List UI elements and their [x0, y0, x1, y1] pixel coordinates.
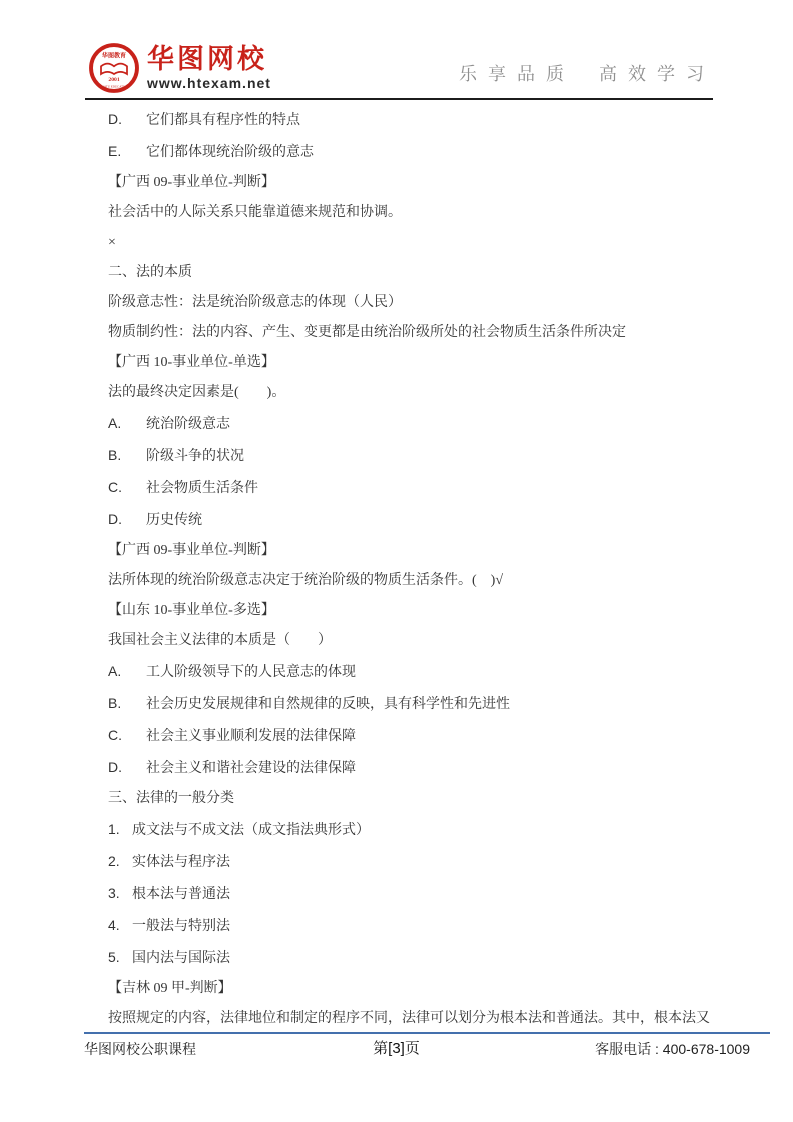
option-letter: D. — [108, 104, 146, 134]
item-text: 成文法与不成文法（成文指法典形式） — [132, 823, 370, 838]
question-text: 我国社会主义法律的本质是（ ） — [108, 626, 726, 656]
tag-text: 【山东 10-事业单位-多选】 — [108, 603, 275, 618]
huatu-seal-icon: 华图教育 2001 HUATU EDUCATION — [88, 42, 140, 94]
option-text: 工人阶级领导下的人民意志的体现 — [146, 665, 356, 680]
option-text: 社会历史发展规律和自然规律的反映，具有科学性和先进性 — [146, 697, 510, 712]
document-body: D.它们都具有程序性的特点 E.它们都体现统治阶级的意志 【广西 09-事业单位… — [108, 104, 726, 1034]
note-sentence: 物质制约性：法的内容、产生、变更都是由统治阶级所处的社会物质生活条件所决定 — [108, 325, 626, 340]
brand-block: 华图网校 www.htexam.net — [147, 45, 271, 91]
seal-bottom-text: HUATU EDUCATION — [99, 85, 129, 89]
section-heading: 三、法律的一般分类 — [108, 784, 726, 814]
list-item: 2.实体法与程序法 — [108, 846, 726, 878]
list-item: 1.成文法与不成文法（成文指法典形式） — [108, 814, 726, 846]
tag-text: 【广西 09-事业单位-判断】 — [108, 175, 275, 190]
item-number: 4. — [108, 910, 132, 940]
question-option: A.工人阶级领导下的人民意志的体现 — [108, 656, 726, 688]
item-text: 国内法与国际法 — [132, 951, 230, 966]
question-option: D.它们都具有程序性的特点 — [108, 104, 726, 136]
option-text: 阶级斗争的状况 — [146, 449, 244, 464]
option-letter: B. — [108, 688, 146, 718]
tagline-left: 乐享品质 — [459, 60, 575, 86]
option-letter: C. — [108, 472, 146, 502]
note-sentence: 阶级意志性：法是统治阶级意志的体现（人民） — [108, 295, 402, 310]
question-option: B.社会历史发展规律和自然规律的反映，具有科学性和先进性 — [108, 688, 726, 720]
question-option: A.统治阶级意志 — [108, 408, 726, 440]
question-option: D.历史传统 — [108, 504, 726, 536]
list-item: 5.国内法与国际法 — [108, 942, 726, 974]
document-page: 华图教育 2001 HUATU EDUCATION 华图网校 www.htexa… — [0, 0, 793, 1122]
footer-divider — [84, 1032, 770, 1034]
answer-symbol: × — [108, 235, 116, 250]
header-tagline: 乐享品质 高效学习 — [459, 60, 715, 86]
item-number: 2. — [108, 846, 132, 876]
option-letter: A. — [108, 656, 146, 686]
heading-text: 二、法的本质 — [108, 265, 192, 280]
item-number: 5. — [108, 942, 132, 972]
option-letter: A. — [108, 408, 146, 438]
item-text: 一般法与特别法 — [132, 919, 230, 934]
tag-text: 【吉林 09 甲-判断】 — [108, 981, 232, 996]
footer-hotline: 客服电话 : 400-678-1009 — [595, 1039, 750, 1059]
question-text: 法的最终决定因素是( )。 — [108, 378, 726, 408]
exam-source-tag: 【广西 09-事业单位-判断】 — [108, 536, 726, 566]
exam-source-tag: 【广西 10-事业单位-单选】 — [108, 348, 726, 378]
item-text: 实体法与程序法 — [132, 855, 230, 870]
question-option: C.社会物质生活条件 — [108, 472, 726, 504]
option-text: 统治阶级意志 — [146, 417, 230, 432]
option-text: 社会主义事业顺利发展的法律保障 — [146, 729, 356, 744]
brand-name: 华图网校 — [147, 45, 271, 73]
option-text: 历史传统 — [146, 513, 202, 528]
tag-text: 【广西 10-事业单位-单选】 — [108, 355, 275, 370]
answer-mark: × — [108, 228, 726, 258]
option-text: 它们都具有程序性的特点 — [146, 113, 300, 128]
exam-source-tag: 【吉林 09 甲-判断】 — [108, 974, 726, 1004]
option-text: 它们都体现统治阶级的意志 — [146, 145, 314, 160]
question-option: E.它们都体现统治阶级的意志 — [108, 136, 726, 168]
section-heading: 二、法的本质 — [108, 258, 726, 288]
open-book-icon — [101, 64, 127, 74]
brand-website: www.htexam.net — [147, 75, 271, 91]
tagline-right: 高效学习 — [599, 60, 715, 86]
question-text: 社会活中的人际关系只能靠道德来规范和协调。 — [108, 198, 726, 228]
question-sentence: 我国社会主义法律的本质是（ ） — [108, 633, 332, 648]
option-letter: B. — [108, 440, 146, 470]
exam-source-tag: 【山东 10-事业单位-多选】 — [108, 596, 726, 626]
tag-text: 【广西 09-事业单位-判断】 — [108, 543, 275, 558]
question-option: D.社会主义和谐社会建设的法律保障 — [108, 752, 726, 784]
question-sentence: 按照规定的内容，法律地位和制定的程序不同，法律可以划分为根本法和普通法。其中，根… — [108, 1011, 710, 1026]
option-letter: C. — [108, 720, 146, 750]
question-text: 法所体现的统治阶级意志决定于统治阶级的物质生活条件。( )√ — [108, 566, 726, 596]
option-letter: D. — [108, 752, 146, 782]
question-sentence: 法所体现的统治阶级意志决定于统治阶级的物质生活条件。( )√ — [108, 573, 503, 588]
seal-year: 2001 — [108, 77, 119, 83]
seal-top-text: 华图教育 — [102, 52, 126, 60]
header-divider — [85, 98, 713, 100]
note-text: 物质制约性：法的内容、产生、变更都是由统治阶级所处的社会物质生活条件所决定 — [108, 318, 726, 348]
question-option: C.社会主义事业顺利发展的法律保障 — [108, 720, 726, 752]
option-text: 社会物质生活条件 — [146, 481, 258, 496]
item-text: 根本法与普通法 — [132, 887, 230, 902]
item-number: 1. — [108, 814, 132, 844]
list-item: 3.根本法与普通法 — [108, 878, 726, 910]
item-number: 3. — [108, 878, 132, 908]
option-text: 社会主义和谐社会建设的法律保障 — [146, 761, 356, 776]
question-text: 按照规定的内容，法律地位和制定的程序不同，法律可以划分为根本法和普通法。其中，根… — [108, 1004, 726, 1034]
question-sentence: 社会活中的人际关系只能靠道德来规范和协调。 — [108, 205, 402, 220]
question-sentence: 法的最终决定因素是( )。 — [108, 385, 285, 400]
note-text: 阶级意志性：法是统治阶级意志的体现（人民） — [108, 288, 726, 318]
question-option: B.阶级斗争的状况 — [108, 440, 726, 472]
exam-source-tag: 【广西 09-事业单位-判断】 — [108, 168, 726, 198]
heading-text: 三、法律的一般分类 — [108, 791, 234, 806]
list-item: 4.一般法与特别法 — [108, 910, 726, 942]
header-logo: 华图教育 2001 HUATU EDUCATION 华图网校 www.htexa… — [88, 42, 271, 94]
option-letter: D. — [108, 504, 146, 534]
option-letter: E. — [108, 136, 146, 166]
